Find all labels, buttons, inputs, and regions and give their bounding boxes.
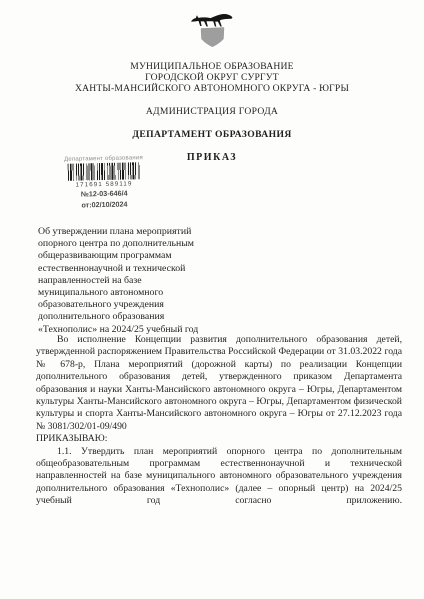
subject-line: направленностей на базе (38, 275, 253, 287)
stamp-registration-number: №12-03-646/4 (62, 188, 146, 199)
order-item-1-1: 1.1. Утвердить план мероприятий опорного… (36, 446, 402, 508)
org-header: МУНИЦИПАЛЬНОЕ ОБРАЗОВАНИЕ ГОРОДСКОЙ ОКРУ… (0, 61, 424, 95)
surgut-fox-shield-icon (189, 12, 235, 55)
subject-line: образовательного учреждения (38, 299, 253, 311)
order-keyword: ПРИКАЗЫВАЮ: (36, 433, 402, 445)
preamble-paragraph: Во исполнение Концепции развития дополни… (36, 334, 402, 433)
stamp-registration-date: от:02/10/2024 (62, 199, 146, 210)
subject-block: Об утверждении плана мероприятий опорног… (38, 226, 253, 336)
body-text: Во исполнение Концепции развития дополни… (36, 334, 402, 508)
subject-line: дополнительного образования (38, 311, 253, 323)
registration-stamp: Департамент образования 171691 589119 №1… (61, 155, 146, 209)
barcode-icon (68, 162, 140, 181)
emblem-container (0, 0, 424, 55)
org-line-2: ГОРОДСКОЙ ОКРУГ СУРГУТ (0, 72, 424, 83)
administration-line: АДМИНИСТРАЦИЯ ГОРОДА (0, 106, 424, 117)
subject-line: опорного центра по дополнительным (38, 238, 253, 250)
department-line: ДЕПАРТАМЕНТ ОБРАЗОВАНИЯ (0, 129, 424, 140)
document-page: МУНИЦИПАЛЬНОЕ ОБРАЗОВАНИЕ ГОРОДСКОЙ ОКРУ… (0, 0, 424, 599)
org-line-1: МУНИЦИПАЛЬНОЕ ОБРАЗОВАНИЕ (0, 61, 424, 72)
subject-line: общеразвивающим программам (38, 250, 253, 262)
subject-line: естественнонаучной и технической (38, 263, 253, 275)
org-line-3: ХАНТЫ-МАНСИЙСКОГО АВТОНОМНОГО ОКРУГА - Ю… (0, 83, 424, 94)
subject-line: Об утверждении плана мероприятий (38, 226, 253, 238)
subject-line: муниципального автономного (38, 287, 253, 299)
